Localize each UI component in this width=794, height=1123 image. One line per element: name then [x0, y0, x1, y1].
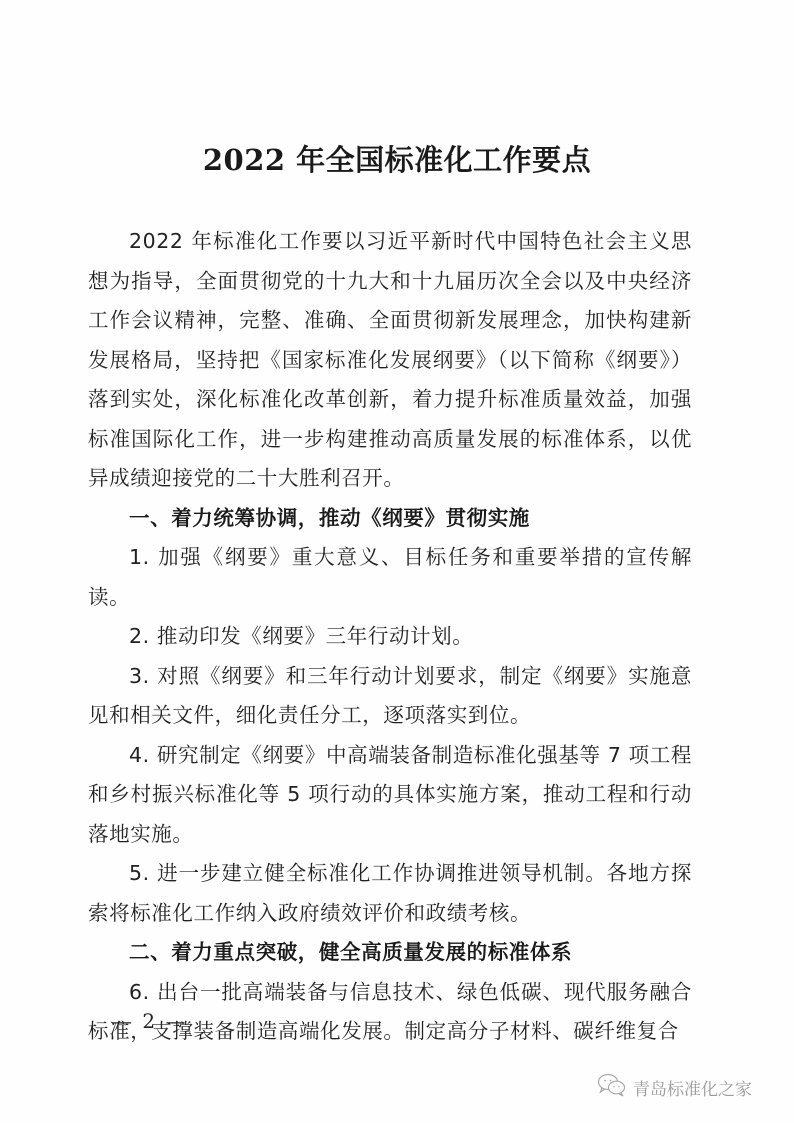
- section-heading-2: 二、着力重点突破，健全高质量发展的标准体系: [88, 933, 692, 973]
- document-title: 2022 年全国标准化工作要点: [0, 138, 794, 179]
- watermark-label: 青岛标准化之家: [633, 1075, 752, 1100]
- item-3: 3. 对照《纲要》和三年行动计划要求，制定《纲要》实施意见和相关文件，细化责任分…: [88, 657, 692, 736]
- item-4: 4. 研究制定《纲要》中高端装备制造标准化强基等 7 项工程和乡村振兴标准化等 …: [88, 736, 692, 855]
- item-5: 5. 进一步建立健全标准化工作协调推进领导机制。各地方探索将标准化工作纳入政府绩…: [88, 854, 692, 933]
- document-body: 2022 年标准化工作要以习近平新时代中国特色社会主义思想为指导，全面贯彻党的十…: [88, 222, 692, 1052]
- wechat-icon: [597, 1073, 627, 1102]
- item-1: 1. 加强《纲要》重大意义、目标任务和重要举措的宣传解读。: [88, 538, 692, 617]
- document-page: 2022 年全国标准化工作要点 2022 年标准化工作要以习近平新时代中国特色社…: [0, 0, 794, 1123]
- page-number: — 2 —: [112, 1009, 187, 1033]
- watermark: 青岛标准化之家: [597, 1073, 752, 1102]
- item-2: 2. 推动印发《纲要》三年行动计划。: [88, 617, 692, 657]
- intro-paragraph: 2022 年标准化工作要以习近平新时代中国特色社会主义思想为指导，全面贯彻党的十…: [88, 222, 692, 499]
- section-heading-1: 一、着力统筹协调，推动《纲要》贯彻实施: [88, 499, 692, 539]
